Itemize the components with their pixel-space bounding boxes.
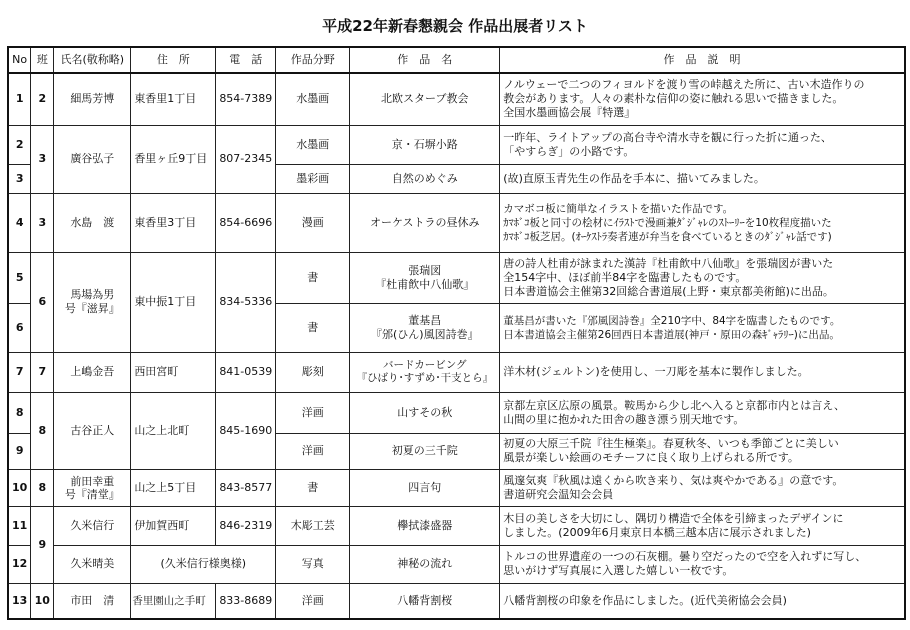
cell-genre: 彫刻	[276, 352, 350, 392]
cell-work: 張瑞図 『杜甫飲中八仙歌』	[350, 252, 500, 303]
cell-no: 12	[8, 545, 31, 583]
cell-address: 山之上5丁目	[131, 469, 216, 506]
cell-description: トルコの世界遺産の一つの石灰棚。曇り空だったので空を入れずに写し、 思いがけず写…	[500, 545, 905, 583]
cell-no: 11	[8, 506, 31, 545]
cell-no: 7	[8, 352, 31, 392]
cell-no: 9	[8, 433, 31, 469]
cell-genre: 墨彩画	[276, 164, 350, 193]
cell-work: オーケストラの昼休み	[350, 193, 500, 252]
cell-name: 廣谷弘子	[54, 125, 131, 193]
cell-no: 6	[8, 303, 31, 352]
cell-description: 洋木材(ジェルトン)を使用し、一刀彫を基本に製作しました。	[500, 352, 905, 392]
cell-work: 董基昌 『邠(ひん)風図詩巻』	[350, 303, 500, 352]
cell-description: ノルウェーで二つのフィヨルドを渡り雪の峠越えた所に、古い木造作りの 教会がありま…	[500, 73, 905, 125]
cell-name: 久米晴美	[54, 545, 131, 583]
table-row: 2 3 廣谷弘子 香里ヶ丘9丁目 807-2345 水墨画 京・石塀小路 一昨年…	[8, 125, 905, 164]
cell-address: 東香里3丁目	[131, 193, 216, 252]
cell-genre: 水墨画	[276, 125, 350, 164]
cell-genre: 洋画	[276, 583, 350, 619]
cell-han: 6	[31, 252, 54, 352]
cell-no: 1	[8, 73, 31, 125]
cell-han: 3	[31, 193, 54, 252]
header-genre: 作品分野	[276, 47, 350, 73]
cell-work: バードカービング 『ひばり･すずめ･干支とら』	[350, 352, 500, 392]
cell-work: 八幡背割桜	[350, 583, 500, 619]
cell-name: 前田幸重 号『清堂』	[54, 469, 131, 506]
cell-genre: 水墨画	[276, 73, 350, 125]
page-title: 平成22年新春懇親会 作品出展者リスト	[0, 15, 910, 36]
cell-phone: 834-5336	[216, 252, 276, 352]
cell-han: 3	[31, 125, 54, 193]
table-row: 1 2 細馬芳博 東香里1丁目 854-7389 水墨画 北欧スターブ教会 ノル…	[8, 73, 905, 125]
cell-no: 2	[8, 125, 31, 164]
header-name: 氏名(敬称略)	[54, 47, 131, 73]
cell-name: 久米信行	[54, 506, 131, 545]
cell-name: 市田 清	[54, 583, 131, 619]
cell-description: (故)直原玉青先生の作品を手本に、描いてみました。	[500, 164, 905, 193]
cell-work: 四言句	[350, 469, 500, 506]
cell-genre: 写真	[276, 545, 350, 583]
header-row: No 班 氏名(敬称略) 住 所 電 話 作品分野 作 品 名 作 品 説 明	[8, 47, 905, 73]
cell-no: 13	[8, 583, 31, 619]
cell-han: 9	[31, 506, 54, 583]
cell-description: 董基昌が書いた『邠風図詩巻』全210字中、84字を臨書したものです。 日本書道協…	[500, 303, 905, 352]
cell-han: 8	[31, 469, 54, 506]
cell-description: 唐の詩人杜甫が詠まれた漢詩『杜甫飲中八仙歌』を張瑞図が書いた 全154字中、ほぼ…	[500, 252, 905, 303]
cell-address: 香里ヶ丘9丁目	[131, 125, 216, 193]
cell-genre: 木彫工芸	[276, 506, 350, 545]
cell-han: 8	[31, 392, 54, 469]
cell-description: 一昨年、ライトアップの高台寺や清水寺を観に行った折に通った、 「やすらぎ」の小路…	[500, 125, 905, 164]
cell-genre: 書	[276, 303, 350, 352]
cell-no: 10	[8, 469, 31, 506]
table-row: 7 7 上嶋金吾 西田宮町 841-0539 彫刻 バードカービング 『ひばり･…	[8, 352, 905, 392]
cell-no: 3	[8, 164, 31, 193]
table-row: 4 3 水島 渡 東香里3丁目 854-6696 漫画 オーケストラの昼休み カ…	[8, 193, 905, 252]
cell-address: 東香里1丁目	[131, 73, 216, 125]
cell-phone: 846-2319	[216, 506, 276, 545]
header-no: No	[8, 47, 31, 73]
cell-work: 北欧スターブ教会	[350, 73, 500, 125]
cell-description: カマボコ板に簡単なイラストを描いた作品です。 ｶﾏﾎﾞｺ板と同寸の桧材にｲﾗｽﾄ…	[500, 193, 905, 252]
cell-han: 2	[31, 73, 54, 125]
cell-name: 水島 渡	[54, 193, 131, 252]
cell-name: 馬場為男 号『滋昇』	[54, 252, 131, 352]
cell-description: 京都左京区広原の風景。鞍馬から少し北へ入ると京都市内とは言え、 山間の里に抱かれ…	[500, 392, 905, 433]
cell-address-phone: (久米信行様奥様)	[131, 545, 276, 583]
cell-address: 西田宮町	[131, 352, 216, 392]
cell-work: 山すその秋	[350, 392, 500, 433]
cell-address: 伊加賀西町	[131, 506, 216, 545]
table-row: 8 8 古谷正人 山之上北町 845-1690 洋画 山すその秋 京都左京区広原…	[8, 392, 905, 433]
cell-work: 京・石塀小路	[350, 125, 500, 164]
cell-phone: 845-1690	[216, 392, 276, 469]
header-address: 住 所	[131, 47, 216, 73]
cell-han: 10	[31, 583, 54, 619]
cell-work: 自然のめぐみ	[350, 164, 500, 193]
cell-phone: 807-2345	[216, 125, 276, 193]
header-description: 作 品 説 明	[500, 47, 905, 73]
cell-phone: 854-6696	[216, 193, 276, 252]
table-row: 12 久米晴美 (久米信行様奥様) 写真 神秘の流れ トルコの世界遺産の一つの石…	[8, 545, 905, 583]
header-han: 班	[31, 47, 54, 73]
cell-address: 香里園山之手町	[131, 583, 216, 619]
cell-no: 4	[8, 193, 31, 252]
cell-work: 初夏の三千院	[350, 433, 500, 469]
cell-work: 神秘の流れ	[350, 545, 500, 583]
cell-description: 木目の美しさを大切にし、隅切り構造で全体を引締まったデザインに しました。(20…	[500, 506, 905, 545]
cell-description: 八幡背割桜の印象を作品にしました。(近代美術協会会員)	[500, 583, 905, 619]
cell-phone: 841-0539	[216, 352, 276, 392]
header-work: 作 品 名	[350, 47, 500, 73]
cell-genre: 洋画	[276, 392, 350, 433]
cell-name: 古谷正人	[54, 392, 131, 469]
cell-no: 5	[8, 252, 31, 303]
cell-description: 風邃気爽『秋風は遠くから吹き来り、気は爽やかである』の意です。 書道研究会温知会…	[500, 469, 905, 506]
table-row: 13 10 市田 清 香里園山之手町 833-8689 洋画 八幡背割桜 八幡背…	[8, 583, 905, 619]
cell-han: 7	[31, 352, 54, 392]
header-phone: 電 話	[216, 47, 276, 73]
cell-phone: 833-8689	[216, 583, 276, 619]
table-row: 5 6 馬場為男 号『滋昇』 東中振1丁目 834-5336 書 張瑞図 『杜甫…	[8, 252, 905, 303]
cell-address: 東中振1丁目	[131, 252, 216, 352]
cell-no: 8	[8, 392, 31, 433]
cell-phone: 843-8577	[216, 469, 276, 506]
cell-address: 山之上北町	[131, 392, 216, 469]
cell-name: 細馬芳博	[54, 73, 131, 125]
cell-genre: 漫画	[276, 193, 350, 252]
cell-phone: 854-7389	[216, 73, 276, 125]
cell-work: 欅拭漆盛器	[350, 506, 500, 545]
table-row: 11 9 久米信行 伊加賀西町 846-2319 木彫工芸 欅拭漆盛器 木目の美…	[8, 506, 905, 545]
cell-description: 初夏の大原三千院『往生極楽』。春夏秋冬、いつも季節ごとに美しい 風景が楽しい絵画…	[500, 433, 905, 469]
cell-genre: 書	[276, 252, 350, 303]
exhibitor-table: No 班 氏名(敬称略) 住 所 電 話 作品分野 作 品 名 作 品 説 明 …	[7, 46, 906, 620]
cell-name: 上嶋金吾	[54, 352, 131, 392]
cell-genre: 書	[276, 469, 350, 506]
table-row: 10 8 前田幸重 号『清堂』 山之上5丁目 843-8577 書 四言句 風邃…	[8, 469, 905, 506]
cell-genre: 洋画	[276, 433, 350, 469]
